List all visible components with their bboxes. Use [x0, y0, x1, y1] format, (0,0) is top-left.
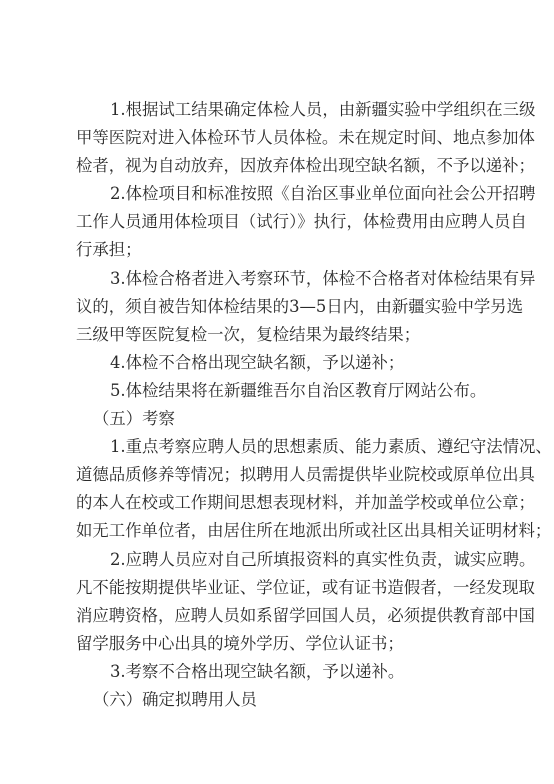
- document-page: 1.根据试工结果确定体检人员，由新疆实验中学组织在三级 甲等医院对进入体检环节人…: [76, 96, 490, 714]
- text-line: 凡不能按期提供毕业证、学位证，或有证书造假者，一经发现取: [76, 574, 490, 602]
- text-line: 三级甲等医院复检一次，复检结果为最终结果；: [76, 321, 490, 349]
- text-line: 2.应聘人员应对自己所填报资料的真实性负责，诚实应聘。: [76, 546, 490, 574]
- text-line: 3.体检合格者进入考察环节，体检不合格者对体检结果有异: [76, 265, 490, 293]
- text-line: 1.根据试工结果确定体检人员，由新疆实验中学组织在三级: [76, 96, 490, 124]
- text-line: 如无工作单位者，由居住所在地派出所或社区出具相关证明材料；: [76, 517, 490, 545]
- section-heading: （五）考察: [76, 405, 490, 433]
- text-line: 4.体检不合格出现空缺名额，予以递补；: [76, 349, 490, 377]
- text-line: 1.重点考察应聘人员的思想素质、能力素质、遵纪守法情况、: [76, 433, 490, 461]
- text-line: 议的，须自被告知体检结果的3—5日内，由新疆实验中学另选: [76, 293, 490, 321]
- text-line: 道德品质修养等情况；拟聘用人员需提供毕业院校或原单位出具: [76, 461, 490, 489]
- text-line: 的本人在校或工作期间思想表现材料，并加盖学校或单位公章；: [76, 489, 490, 517]
- text-line: 行承担；: [76, 236, 490, 264]
- text-line: 甲等医院对进入体检环节人员体检。未在规定时间、地点参加体: [76, 124, 490, 152]
- section-heading: （六）确定拟聘用人员: [76, 686, 490, 714]
- text-line: 2.体检项目和标准按照《自治区事业单位面向社会公开招聘: [76, 180, 490, 208]
- text-line: 留学服务中心出具的境外学历、学位认证书；: [76, 630, 490, 658]
- text-line: 5.体检结果将在新疆维吾尔自治区教育厅网站公布。: [76, 377, 490, 405]
- text-line: 3.考察不合格出现空缺名额，予以递补。: [76, 658, 490, 686]
- text-line: 工作人员通用体检项目（试行）》执行，体检费用由应聘人员自: [76, 208, 490, 236]
- text-line: 消应聘资格，应聘人员如系留学回国人员，必须提供教育部中国: [76, 602, 490, 630]
- text-line: 检者，视为自动放弃，因放弃体检出现空缺名额，不予以递补；: [76, 152, 490, 180]
